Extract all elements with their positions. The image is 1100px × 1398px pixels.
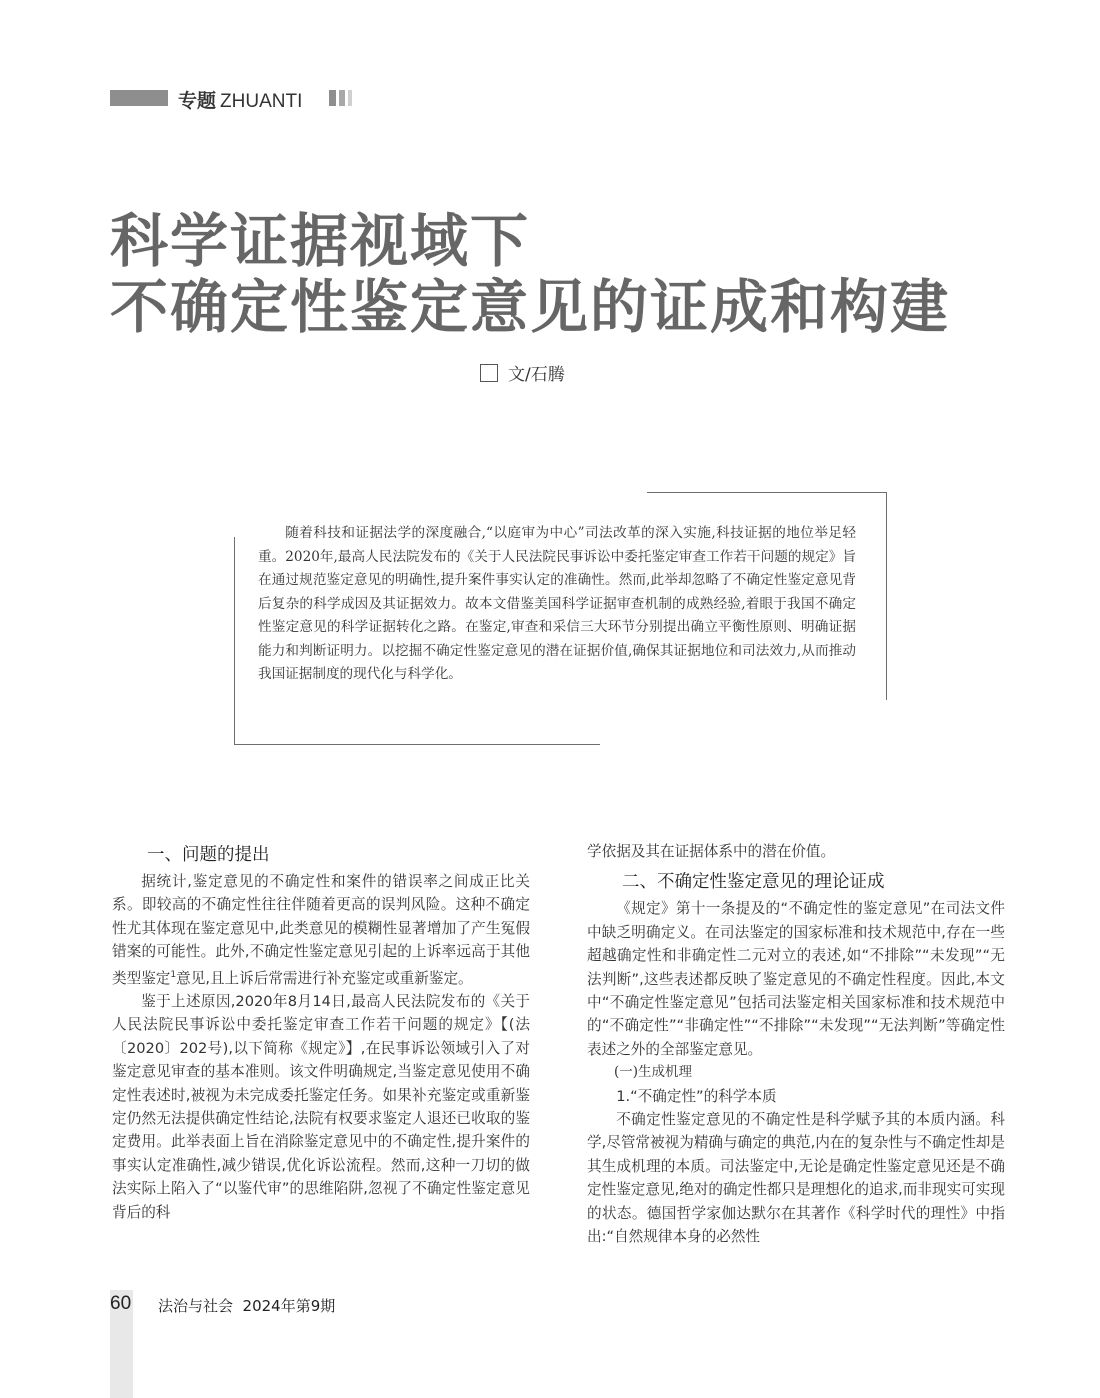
- left-column: 一、问题的提出 据统计,鉴定意见的不确定性和案件的错误率之间成正比关系。即较高的…: [112, 840, 530, 1224]
- section-heading-1: 一、问题的提出: [112, 840, 530, 870]
- abstract-frame-right: [886, 492, 887, 700]
- section-label-cn: 专题: [178, 90, 216, 112]
- subheading-2: 1.“不确定性”的科学本质: [587, 1085, 1005, 1108]
- abstract: 随着科技和证据法学的深度融合,“以庭审为中心”司法改革的深入实施,科技证据的地位…: [258, 522, 856, 687]
- header-decor-bar: [339, 90, 345, 106]
- paragraph: 《规定》第十一条提及的“不确定性的鉴定意见”在司法文件中缺乏明确定义。在司法鉴定…: [587, 897, 1005, 1061]
- journal-info: 法治与社会 2024年第9期: [158, 1295, 335, 1316]
- abstract-frame-left: [234, 537, 235, 745]
- section-header-bar: [110, 90, 168, 106]
- header-decor-bar: [348, 90, 352, 106]
- section-header: 专题ZHUANTI: [178, 86, 302, 113]
- abstract-frame-top: [647, 492, 887, 493]
- section-label-en: ZHUANTI: [220, 91, 302, 112]
- section-heading-2: 二、不确定性鉴定意见的理论证成: [587, 867, 1005, 897]
- paragraph: 据统计,鉴定意见的不确定性和案件的错误率之间成正比关系。即较高的不确定性往往伴随…: [112, 870, 530, 990]
- header-decor-bar: [329, 90, 336, 106]
- right-column: 学依据及其在证据体系中的潜在价值。 二、不确定性鉴定意见的理论证成 《规定》第十…: [587, 840, 1005, 1249]
- paragraph: 不确定性鉴定意见的不确定性是科学赋予其的本质内涵。科学,尽管常被视为精确与确定的…: [587, 1108, 1005, 1248]
- paragraph-text: 意见,且上诉后常需进行补充鉴定或重新鉴定。: [176, 969, 473, 986]
- paragraph: 鉴于上述原因,2020年8月14日,最高人民法院发布的《关于人民法院民事诉讼中委…: [112, 990, 530, 1224]
- abstract-frame-bottom: [234, 744, 600, 745]
- page-number: 60: [110, 1293, 131, 1315]
- author: 文/石腾: [508, 360, 565, 385]
- square-icon: [480, 364, 498, 382]
- subheading-1: (一)生成机理: [587, 1061, 1005, 1084]
- article-title: 科学证据视域下 不确定性鉴定意见的证成和构建: [110, 208, 950, 340]
- continuation-text: 学依据及其在证据体系中的潜在价值。: [587, 840, 1005, 863]
- article-title-line1: 科学证据视域下: [110, 208, 950, 274]
- article-title-line2: 不确定性鉴定意见的证成和构建: [110, 274, 950, 340]
- byline: 文/石腾: [480, 360, 565, 385]
